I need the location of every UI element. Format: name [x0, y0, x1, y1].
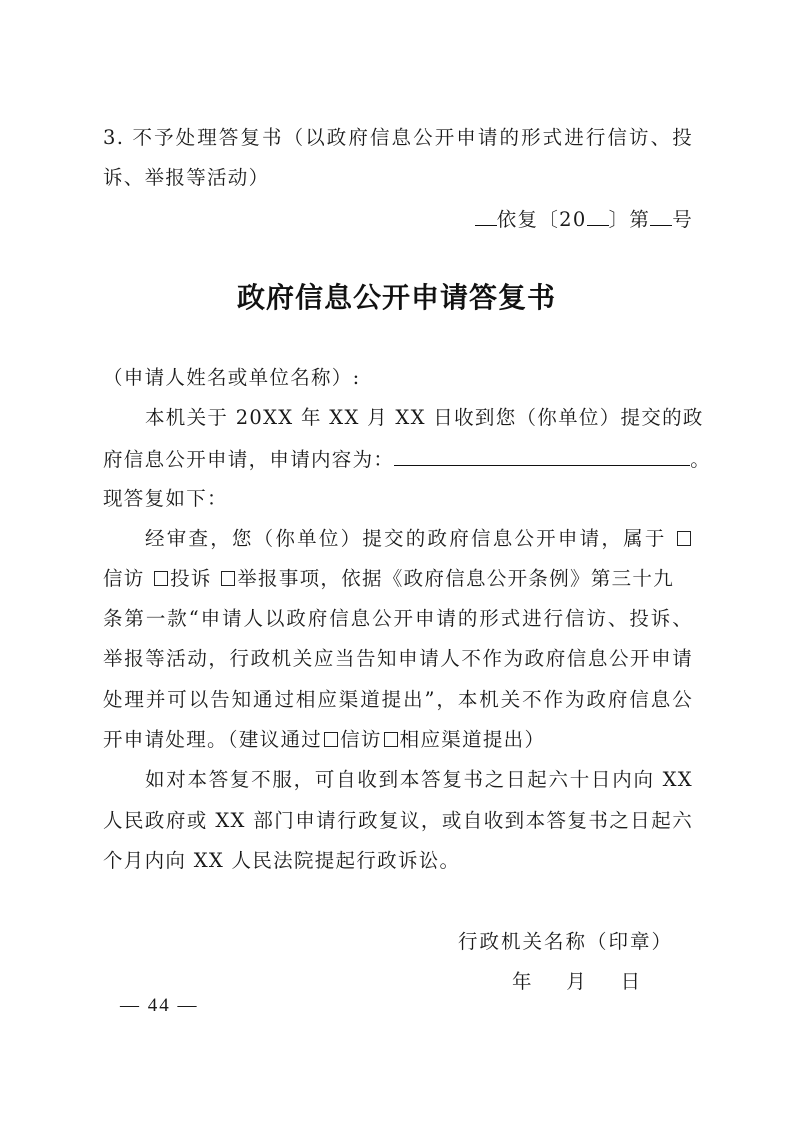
paragraph3-line1: 如对本答复不服，可自收到本答复书之日起六十日内向 XX [103, 766, 693, 794]
paragraph2-line4: 举报等活动，行政机关应当告知申请人不作为政府信息公开申请 [103, 645, 693, 673]
checkbox-report[interactable] [221, 571, 235, 586]
label-report-legal-basis: 举报事项，依据《政府信息公开条例》第三十九 [237, 567, 674, 590]
paragraph3-line3: 个月内向 XX 人民法院提起行政诉讼。 [103, 847, 693, 875]
document-title: 政府信息公开申请答复书 [0, 278, 793, 318]
checkbox-suggest-channel[interactable] [384, 732, 398, 747]
paragraph1-line3: 现答复如下： [103, 485, 693, 513]
label-petition: 信访 [103, 567, 145, 590]
document-page: 3. 不予处理答复书（以政府信息公开申请的形式进行信访、投 诉、举报等活动） 依… [0, 0, 793, 1122]
paragraph1-line1: 本机关于 20XX 年 XX 月 XX 日收到您（你单位）提交的政 [103, 404, 693, 432]
paragraph2-line2: 信访 投诉 举报事项，依据《政府信息公开条例》第三十九 [103, 565, 693, 593]
addressee: （申请人姓名或单位名称）: [103, 364, 693, 392]
paragraph3-line2: 人民政府或 XX 部门申请行政复议，或自收到本答复书之日起六 [103, 807, 693, 835]
section-heading-line2: 诉、举报等活动） [103, 164, 693, 192]
doc-number-serial-blank[interactable] [650, 205, 672, 226]
paragraph2-line3: 条第一款“申请人以政府信息公开申请的形式进行信访、投诉、 [103, 605, 693, 633]
doc-number-text-2: 〕第 [609, 208, 651, 231]
request-content-blank[interactable] [394, 445, 690, 466]
signature-date: 年 月 日 [512, 966, 642, 994]
request-content-label: 府信息公开申请，申请内容为： [103, 448, 394, 471]
paragraph2-line1: 经审查，您（你单位）提交的政府信息公开申请，属于 [103, 525, 693, 553]
period: 。 [690, 448, 711, 471]
doc-number-text-1: 依复〔20 [497, 208, 587, 231]
doc-number-text-3: 号 [672, 208, 693, 231]
page-number: — 44 — [120, 995, 199, 1017]
checkbox-petition[interactable] [677, 531, 691, 546]
doc-number-year-blank[interactable] [587, 205, 609, 226]
document-number: 依复〔20〕第号 [103, 205, 693, 234]
checkbox-suggest-petition[interactable] [324, 732, 338, 747]
label-complaint: 投诉 [170, 567, 212, 590]
label-suggest-petition: 信访 [340, 728, 382, 751]
doc-number-prefix-blank[interactable] [475, 205, 497, 226]
suggestion-text: 开申请处理。（建议通过 [103, 728, 322, 751]
paragraph1-line2: 府信息公开申请，申请内容为：。 [103, 445, 693, 474]
label-suggest-channel: 相应渠道提出） [400, 728, 546, 751]
paragraph2-line5: 处理并可以告知通过相应渠道提出”，本机关不作为政府信息公 [103, 686, 693, 714]
section-heading-line1: 3. 不予处理答复书（以政府信息公开申请的形式进行信访、投 [103, 124, 693, 152]
signature-agency: 行政机关名称（印章） [458, 926, 673, 954]
checkbox-complaint[interactable] [154, 571, 168, 586]
paragraph2-line6: 开申请处理。（建议通过信访相应渠道提出） [103, 726, 693, 754]
paragraph2-line1-text: 经审查，您（你单位）提交的政府信息公开申请，属于 [145, 527, 667, 550]
